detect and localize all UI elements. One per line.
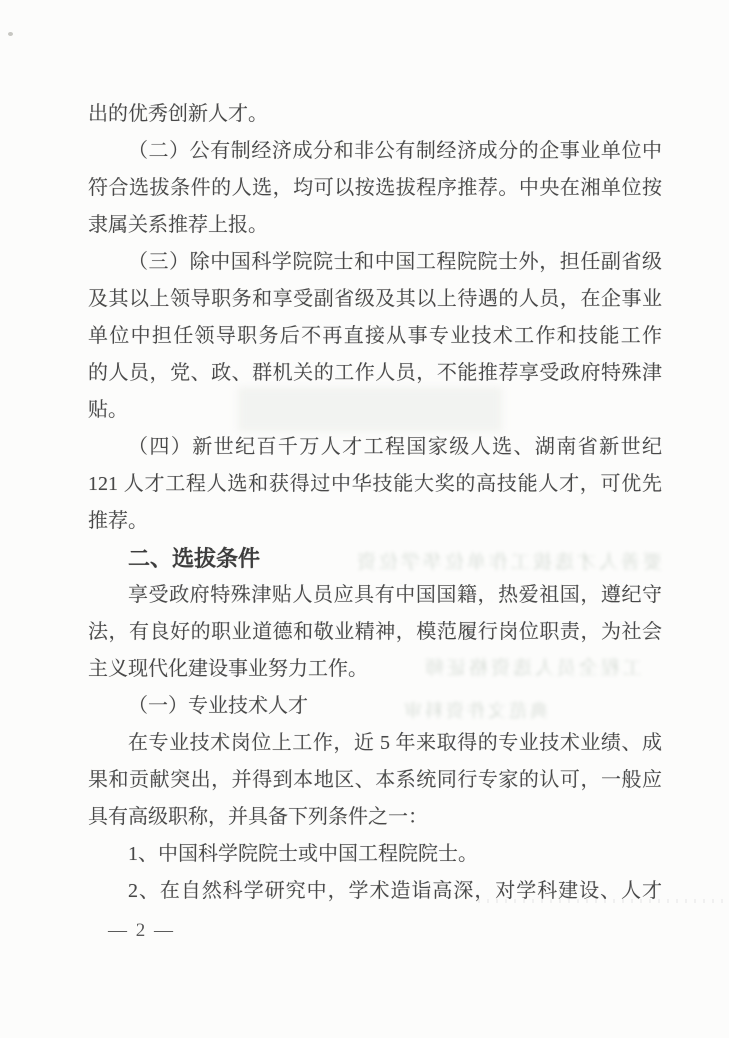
body-line: 法，有良好的职业道德和敬业精神，模范履行岗位职责，为社会 bbox=[88, 614, 662, 651]
body-line: 推荐。 bbox=[88, 503, 662, 540]
body-line: 单位中担任领导职务后不再直接从事专业技术工作和技能工作 bbox=[88, 318, 662, 355]
body-line: 贴。 bbox=[88, 392, 662, 429]
body-line: 及其以上领导职务和享受副省级及其以上待遇的人员，在企事业 bbox=[88, 281, 662, 318]
document-body-text: 出的优秀创新人才。（二）公有制经济成分和非公有制经济成分的企事业单位中符合选拔条… bbox=[88, 96, 662, 910]
subsection-heading: （一）专业技术人才 bbox=[88, 688, 662, 725]
body-line: 主义现代化建设事业努力工作。 bbox=[88, 651, 662, 688]
body-line: 隶属关系推荐上报。 bbox=[88, 207, 662, 244]
body-line: 在专业技术岗位上工作，近 5 年来取得的专业技术业绩、成 bbox=[88, 725, 662, 762]
body-line: 具有高级职称，并具备下列条件之一： bbox=[88, 799, 662, 836]
body-line: 符合选拔条件的人选，均可以按选拔程序推荐。中央在湘单位按 bbox=[88, 170, 662, 207]
document-page: 要善人才选拔工作单位华学位资工程全员人选资格证师典范文件资料审 出的优秀创新人才… bbox=[0, 0, 729, 1038]
body-line: （四）新世纪百千万人才工程国家级人选、湖南省新世纪 bbox=[88, 429, 662, 466]
scan-speck bbox=[8, 32, 13, 36]
body-line: （二）公有制经济成分和非公有制经济成分的企事业单位中 bbox=[88, 133, 662, 170]
body-line: 的人员，党、政、群机关的工作人员，不能推荐享受政府特殊津 bbox=[88, 355, 662, 392]
page-number: — 2 — bbox=[108, 920, 175, 942]
body-line: 121 人才工程人选和获得过中华技能大奖的高技能人才，可优先 bbox=[88, 466, 662, 503]
numbered-item: 1、中国科学院院士或中国工程院院士。 bbox=[88, 836, 662, 873]
body-line: （三）除中国科学院院士和中国工程院院士外，担任副省级 bbox=[88, 244, 662, 281]
body-line: 享受政府特殊津贴人员应具有中国国籍，热爱祖国，遵纪守 bbox=[88, 577, 662, 614]
numbered-item: 2、在自然科学研究中，学术造诣高深，对学科建设、人才 bbox=[88, 873, 662, 910]
body-line: 果和贡献突出，并得到本地区、本系统同行专家的认可，一般应 bbox=[88, 762, 662, 799]
section-heading: 二、选拔条件 bbox=[88, 540, 662, 577]
body-line: 出的优秀创新人才。 bbox=[88, 96, 662, 133]
